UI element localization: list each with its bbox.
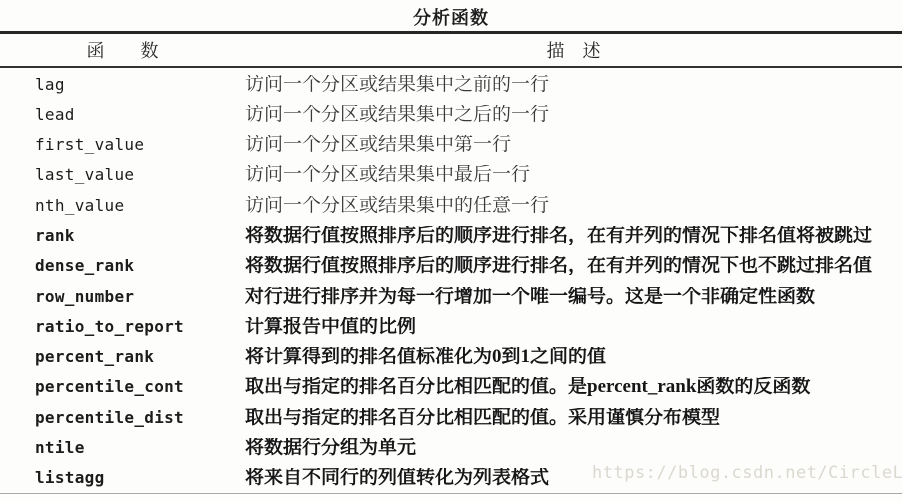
table-row: ntile 将数据行分组为单元 <box>0 432 902 462</box>
function-name: last_value <box>0 165 245 184</box>
function-name: dense_rank <box>0 256 245 275</box>
function-name: ntile <box>0 438 245 457</box>
table-row: percentile_dist 取出与指定的排名百分比相匹配的值。采用谨慎分布模… <box>0 402 902 432</box>
function-name: first_value <box>0 135 245 154</box>
table-header-row: 函 数 描 述 <box>0 34 902 66</box>
table-row: ratio_to_report 计算报告中值的比例 <box>0 311 902 341</box>
header-divider-rule <box>0 66 902 68</box>
table-row: percent_rank 将计算得到的排名值标准化为0到1之间的值 <box>0 342 902 372</box>
function-description: 访问一个分区或结果集中之前的一行 <box>245 75 902 94</box>
function-name: listagg <box>0 468 245 487</box>
table-row: rank 将数据行值按照排序后的顺序进行排名，在有并列的情况下排名值将被跳过 <box>0 220 902 250</box>
page-title: 分析函数 <box>0 4 902 30</box>
table-body: lag 访问一个分区或结果集中之前的一行 lead 访问一个分区或结果集中之后的… <box>0 69 902 493</box>
table-row: nth_value 访问一个分区或结果集中的任意一行 <box>0 190 902 220</box>
function-name: percent_rank <box>0 347 245 366</box>
bottom-rule <box>0 493 902 494</box>
function-description: 访问一个分区或结果集中第一行 <box>245 135 902 154</box>
function-name: ratio_to_report <box>0 317 245 336</box>
column-header-description: 描 述 <box>245 37 902 63</box>
function-name: percentile_cont <box>0 377 245 396</box>
function-description: 访问一个分区或结果集中的任意一行 <box>245 196 902 215</box>
function-description: 取出与指定的排名百分比相匹配的值。采用谨慎分布模型 <box>245 408 902 427</box>
table-row: dense_rank 将数据行值按照排序后的顺序进行排名，在有并列的情况下也不跳… <box>0 251 902 281</box>
function-description: 访问一个分区或结果集中之后的一行 <box>245 105 902 124</box>
function-name: row_number <box>0 287 245 306</box>
function-description: 计算报告中值的比例 <box>245 317 902 336</box>
function-description: 将计算得到的排名值标准化为0到1之间的值 <box>245 347 902 366</box>
function-name: rank <box>0 226 245 245</box>
function-description: 将数据行值按照排序后的顺序进行排名，在有并列的情况下排名值将被跳过 <box>245 226 902 245</box>
column-header-function: 函 数 <box>0 37 245 63</box>
function-name: lead <box>0 105 245 124</box>
table-row: row_number 对行进行排序并为每一行增加一个唯一编号。这是一个非确定性函… <box>0 281 902 311</box>
function-name: percentile_dist <box>0 408 245 427</box>
table-row: lead 访问一个分区或结果集中之后的一行 <box>0 99 902 129</box>
table-row: last_value 访问一个分区或结果集中最后一行 <box>0 160 902 190</box>
function-description: 将数据行值按照排序后的顺序进行排名，在有并列的情况下也不跳过排名值 <box>245 256 902 275</box>
function-name: lag <box>0 75 245 94</box>
table-row: lag 访问一个分区或结果集中之前的一行 <box>0 69 902 99</box>
function-description: 将数据行分组为单元 <box>245 438 902 457</box>
watermark-url: https://blog.csdn.net/CircleLY <box>592 463 902 483</box>
function-description: 访问一个分区或结果集中最后一行 <box>245 165 902 184</box>
scanned-table-page: 分析函数 函 数 描 述 lag 访问一个分区或结果集中之前的一行 lead 访… <box>0 0 902 501</box>
table-row: first_value 访问一个分区或结果集中第一行 <box>0 130 902 160</box>
table-row: percentile_cont 取出与指定的排名百分比相匹配的值。是percen… <box>0 372 902 402</box>
function-description: 对行进行排序并为每一行增加一个唯一编号。这是一个非确定性函数 <box>245 287 902 306</box>
function-name: nth_value <box>0 196 245 215</box>
function-description: 取出与指定的排名百分比相匹配的值。是percent_rank函数的反函数 <box>245 377 902 396</box>
